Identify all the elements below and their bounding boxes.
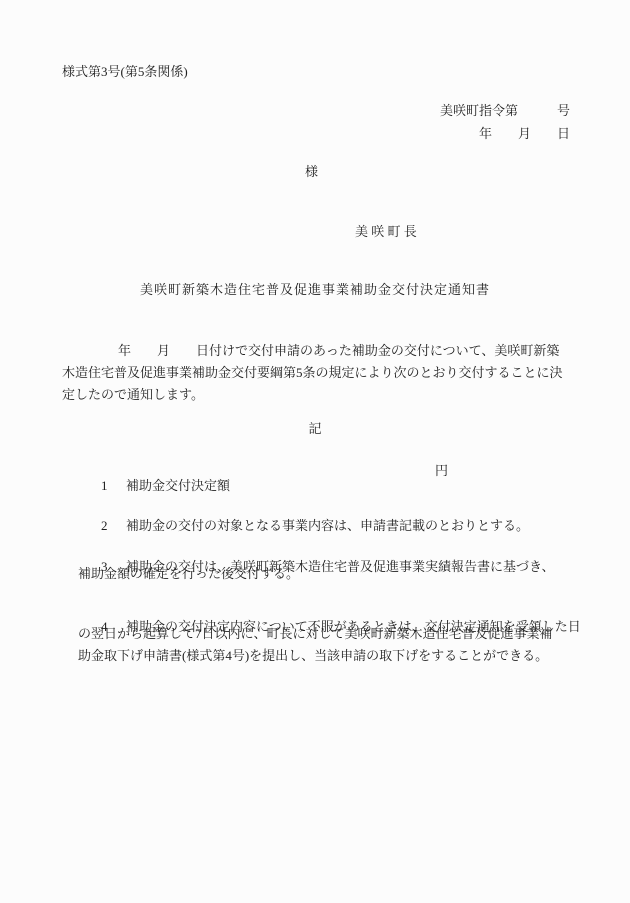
body-paragraph-line-1: 年 月 日付けで交付申請のあった補助金の交付について、美咲町新築 [118,344,559,359]
item-3-line-2: 補助金額の確定を行った後交付する。 [78,567,299,582]
date-line: 年 月 日 [0,127,570,142]
document-page: 様式第3号(第5条関係) 美咲町指令第 号 年 月 日 様 美 咲 町 長 美咲… [0,0,630,903]
item-1-line: 1補助金交付決定額 [88,464,230,509]
item-4-line-3: 助金取下げ申請書(様式第4号)を提出し、当該申請の取下げをすることができる。 [78,649,548,664]
item-1-amount-unit: 円 [435,464,448,479]
item-2-number: 2 [101,519,126,534]
body-paragraph-line-3: 定したので通知します。 [62,388,204,403]
body-paragraph-line-2: 木造住宅普及促進事業補助金交付要綱第5条の規定により次のとおり交付することに決 [62,366,563,381]
item-2-line: 2補助金の交付の対象となる事業内容は、申請書記載のとおりとする。 [88,504,529,549]
item-4-line-2: の翌日から起算して7日以内に、町長に対して美咲町新築木造住宅普及促進事業補 [78,627,553,642]
form-number-label: 様式第3号(第5条関係) [62,65,188,80]
item-1-number: 1 [101,479,126,494]
item-1-text: 補助金交付決定額 [126,478,230,493]
addressee-honorific: 様 [305,165,318,180]
document-title: 美咲町新築木造住宅普及促進事業補助金交付決定通知書 [0,283,630,298]
ki-heading: 記 [0,422,630,437]
directive-number-line: 美咲町指令第 号 [0,104,570,119]
item-2-text: 補助金の交付の対象となる事業内容は、申請書記載のとおりとする。 [126,518,529,533]
sender-mayor-label: 美 咲 町 長 [355,225,417,240]
